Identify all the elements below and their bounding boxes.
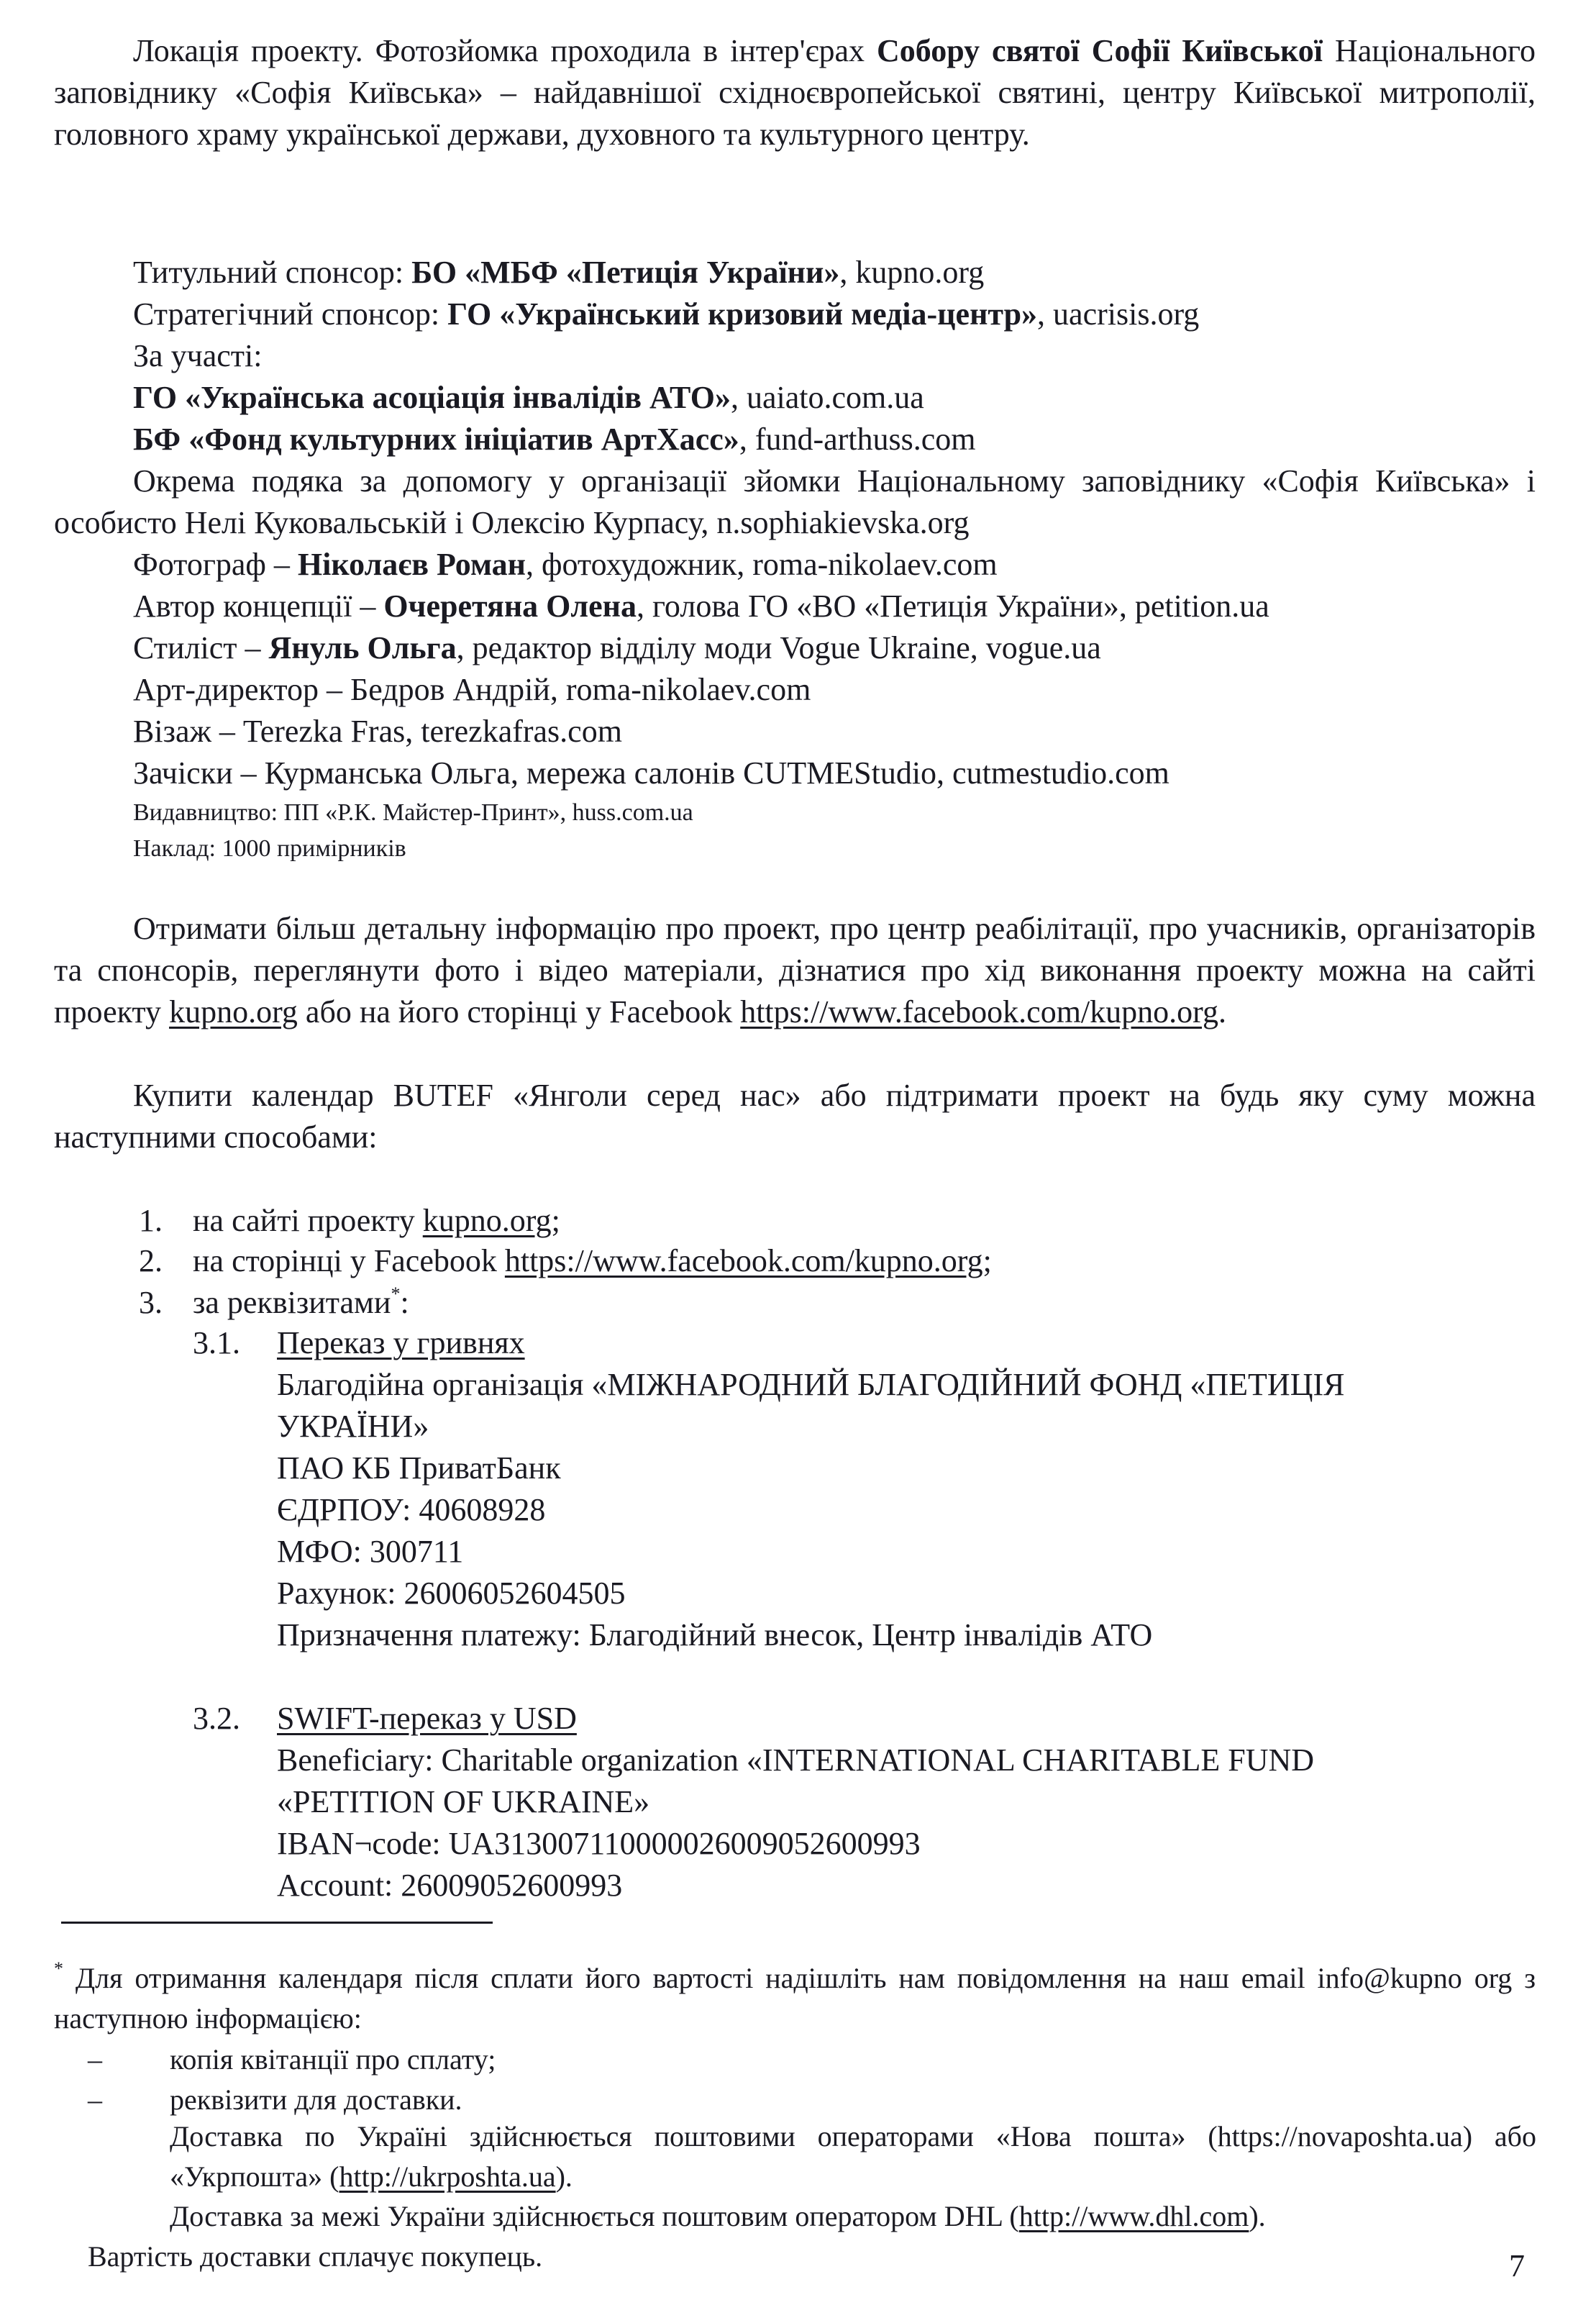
organization-name-cont: УКРАЇНИ» <box>277 1406 429 1447</box>
text: ). <box>1249 2200 1265 2232</box>
beneficiary-cont: «PETITION OF UKRAINE» <box>277 1781 649 1823</box>
delivery-ukraine-note: Доставка по Україні здійснюється поштови… <box>170 2117 1536 2197</box>
edrpou-code: ЄДРПОУ: 40608928 <box>277 1489 545 1531</box>
participant-site: , fund-arthuss.com <box>739 422 976 457</box>
participant-name: ГО «Українська асоціація інвалідів АТО» <box>133 380 731 415</box>
dhl-link[interactable]: http://www.dhl.com <box>1019 2200 1249 2232</box>
footnote-list-item: копія квітанції про сплату; <box>170 2039 496 2081</box>
footnote-marker: * <box>391 1283 400 1304</box>
swift-transfer-title: SWIFT-переказ у USD <box>277 1698 577 1740</box>
bullet-dash: – <box>88 2039 102 2081</box>
facebook-link[interactable]: https://www.facebook.com/kupno.org <box>505 1243 983 1278</box>
footnote-list-item: реквізити для доставки. <box>170 2079 462 2121</box>
site-link[interactable]: kupno.org <box>423 1203 552 1238</box>
person-name: Януль Ольга <box>268 630 456 665</box>
sublist-number: 3.1. <box>193 1322 240 1364</box>
stylist-credit: Стиліст – Януль Ольга, редактор відділу … <box>133 627 1101 669</box>
label: Автор концепції – <box>133 588 383 624</box>
iban-code: IBAN¬code: UA313007110000026009052600993 <box>277 1823 921 1865</box>
footnote-divider <box>61 1922 493 1924</box>
text: або на його сторінці у Facebook <box>298 994 740 1029</box>
text: за реквізитами <box>193 1285 391 1320</box>
participant: БФ «Фонд культурних ініціатив АртХасс», … <box>133 419 976 460</box>
text: . <box>1218 994 1226 1029</box>
text: на сторінці у Facebook <box>193 1243 505 1278</box>
person-name: Ніколаєв Роман <box>298 547 526 582</box>
title-sponsor: Титульний спонсор: БО «МБФ «Петиція Укра… <box>133 252 984 294</box>
photographer-credit: Фотограф – Ніколаєв Роман, фотохудожник,… <box>133 544 998 586</box>
account-number: Рахунок: 26006052604505 <box>277 1573 625 1614</box>
text: на сайті проекту <box>193 1203 423 1238</box>
page-number: 7 <box>1509 2247 1525 2284</box>
more-info-paragraph: Отримати більш детальну інформацію про п… <box>54 908 1536 1033</box>
text: Для отримання календаря після сплати йог… <box>54 1962 1536 2035</box>
sponsor-name: ГО «Український кризовий медіа-центр» <box>447 296 1037 332</box>
location-paragraph: Локація проекту. Фотозйомка проходила в … <box>54 30 1536 155</box>
label: Стиліст – <box>133 630 268 665</box>
beneficiary: Beneficiary: Charitable organization «IN… <box>277 1740 1314 1781</box>
delivery-international-note: Доставка за межі України здійснюється по… <box>170 2196 1266 2237</box>
participant: ГО «Українська асоціація інвалідів АТО»,… <box>133 377 924 419</box>
publisher-credit: Видавництво: ПП «Р.К. Майстер-Принт», hu… <box>133 797 693 829</box>
sponsor-site: , kupno.org <box>839 255 984 290</box>
facebook-link[interactable]: https://www.facebook.com/kupno.org <box>740 994 1218 1029</box>
payment-purpose: Призначення платежу: Благодійний внесок,… <box>277 1614 1152 1656</box>
bullet-dash: – <box>88 2079 102 2121</box>
ukrposhta-link[interactable]: http://ukrposhta.ua <box>339 2160 556 2193</box>
concept-author-credit: Автор концепції – Очеретяна Олена, голов… <box>133 586 1269 627</box>
label: Фотограф – <box>133 547 298 582</box>
delivery-cost-note: Вартість доставки сплачує покупець. <box>88 2236 542 2278</box>
intro-text: Локація проекту. Фотозйомка проходила в … <box>133 33 877 68</box>
makeup-credit: Візаж – Terezka Fras, terezkafras.com <box>133 711 622 753</box>
site-link[interactable]: kupno.org <box>169 994 298 1029</box>
sublist-number: 3.2. <box>193 1698 240 1740</box>
details: , редактор відділу моди Vogue Ukraine, v… <box>457 630 1101 665</box>
print-run: Наклад: 1000 примірників <box>133 833 406 865</box>
art-director-credit: Арт-директор – Бедров Андрій, roma-nikol… <box>133 669 811 711</box>
label: Титульний спонсор: <box>133 255 411 290</box>
swift-account-number: Account: 26009052600993 <box>277 1865 622 1906</box>
list-item: на сайті проекту kupno.org; <box>193 1200 560 1242</box>
list-item: на сторінці у Facebook https://www.faceb… <box>193 1240 992 1282</box>
list-number: 1. <box>139 1200 163 1242</box>
sponsor-site: , uacrisis.org <box>1037 296 1199 332</box>
thanks-paragraph: Окрема подяка за допомогу у організації … <box>54 460 1536 544</box>
bank-name: ПАО КБ ПриватБанк <box>277 1447 561 1489</box>
uah-transfer-title: Переказ у гривнях <box>277 1322 525 1364</box>
footnote-marker: * <box>54 1958 63 1979</box>
participant-site: , uaiato.com.ua <box>731 380 924 415</box>
person-name: Очеретяна Олена <box>383 588 637 624</box>
hair-credit: Зачіски – Курманська Ольга, мережа салон… <box>133 753 1169 794</box>
text: ). <box>556 2160 573 2193</box>
strategic-sponsor: Стратегічний спонсор: ГО «Український кр… <box>133 294 1199 335</box>
text: ; <box>983 1243 992 1278</box>
mfo-code: МФО: 300711 <box>277 1531 463 1573</box>
participant-name: БФ «Фонд культурних ініціатив АртХасс» <box>133 422 739 457</box>
document-page: Локація проекту. Фотозйомка проходила в … <box>0 0 1596 2305</box>
organization-name: Благодійна організація «МІЖНАРОДНИЙ БЛАГ… <box>277 1364 1344 1406</box>
list-number: 2. <box>139 1240 163 1282</box>
text: Доставка за межі України здійснюється по… <box>170 2200 1019 2232</box>
list-number: 3. <box>139 1282 163 1324</box>
text: ; <box>552 1203 560 1238</box>
buy-paragraph: Купити календар BUTEF «Янголи серед нас»… <box>54 1075 1536 1158</box>
list-item: за реквізитами*: <box>193 1282 409 1324</box>
participation-label: За участі: <box>133 335 262 377</box>
footnote-paragraph: * Для отримання календаря після сплати й… <box>54 1958 1536 2039</box>
label: Стратегічний спонсор: <box>133 296 447 332</box>
details: , фотохудожник, roma-nikolaev.com <box>526 547 998 582</box>
cathedral-name: Собору святої Софії Київської <box>877 33 1323 68</box>
text: : <box>400 1285 409 1320</box>
details: , голова ГО «ВО «Петиція України», petit… <box>637 588 1269 624</box>
sponsor-name: БО «МБФ «Петиція України» <box>411 255 839 290</box>
